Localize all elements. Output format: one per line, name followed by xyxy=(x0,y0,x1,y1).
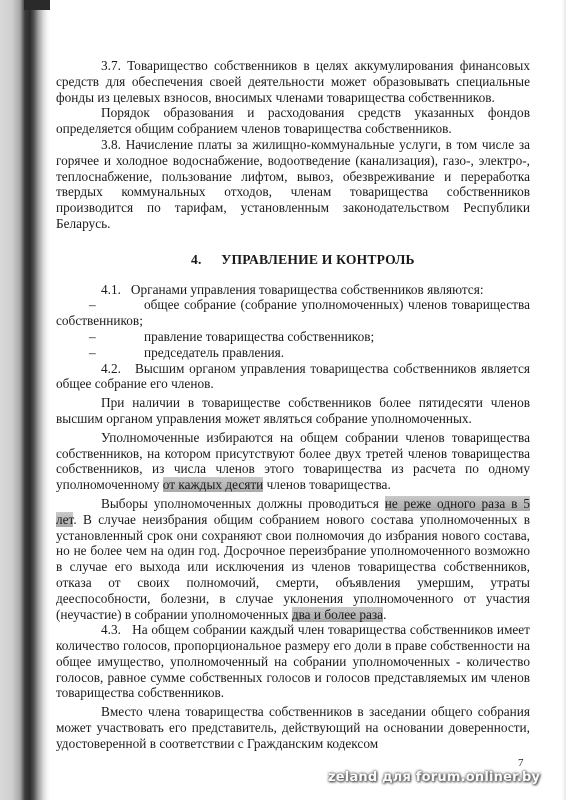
dash-bullet: – xyxy=(56,329,144,345)
document-page: 3.7. Товарищество собственников в целях … xyxy=(56,58,530,752)
text-run: Выборы уполномоченных должны проводиться xyxy=(101,496,385,511)
paragraph-3-8: 3.8. Начисление платы за жилищно-коммуна… xyxy=(56,137,530,232)
paragraph-4-2-elections: Выборы уполномоченных должны проводиться… xyxy=(56,496,530,622)
section-title: УПРАВЛЕНИЕ И КОНТРОЛЬ xyxy=(221,252,414,267)
paragraph-4-2-delegates: Уполномоченные избираются на общем собра… xyxy=(56,430,530,493)
paragraph-4-1: 4.1. Органами управления товарищества со… xyxy=(56,282,530,298)
text-run: . В случае неизбрания общим собранием но… xyxy=(56,512,530,622)
page-number: 7 xyxy=(518,757,524,769)
highlighted-text: два и более раза xyxy=(292,607,383,622)
paragraph-4-3: 4.3. На общем собрании каждый член товар… xyxy=(56,622,530,701)
dash-bullet: – xyxy=(56,345,144,361)
watermark: zeland для forum.onliner.by xyxy=(328,770,540,785)
text-run: членов товарищества. xyxy=(263,477,390,492)
list-item-text: правление товарищества собственников; xyxy=(144,329,374,344)
paragraph-3-7: 3.7. Товарищество собственников в целях … xyxy=(56,58,530,105)
paragraph-3-7-funds: Порядок образования и расходования средс… xyxy=(56,105,530,137)
scan-binding-shadow xyxy=(0,0,50,800)
highlighted-text: от каждых десяти xyxy=(163,477,264,492)
list-item: –председатель правления. xyxy=(56,345,530,361)
paragraph-4-3-representative: Вместо члена товарищества собственников … xyxy=(56,704,530,751)
scan-right-edge xyxy=(562,0,566,800)
scan-binding-corner xyxy=(24,0,50,10)
paragraph-4-2: 4.2. Высшим органом управления товарищес… xyxy=(56,361,530,393)
paragraph-4-2-fifty-members: При наличии в товариществе собственников… xyxy=(56,395,530,427)
text-run: . xyxy=(383,607,386,622)
list-item-text: председатель правления. xyxy=(144,345,284,360)
list-item: –правление товарищества собственников; xyxy=(56,329,530,345)
section-number: 4. xyxy=(171,252,221,268)
dash-bullet: – xyxy=(56,297,144,313)
section-heading: 4.УПРАВЛЕНИЕ И КОНТРОЛЬ xyxy=(56,252,530,268)
list-item: –общее собрание (собрание уполномоченных… xyxy=(56,297,530,329)
